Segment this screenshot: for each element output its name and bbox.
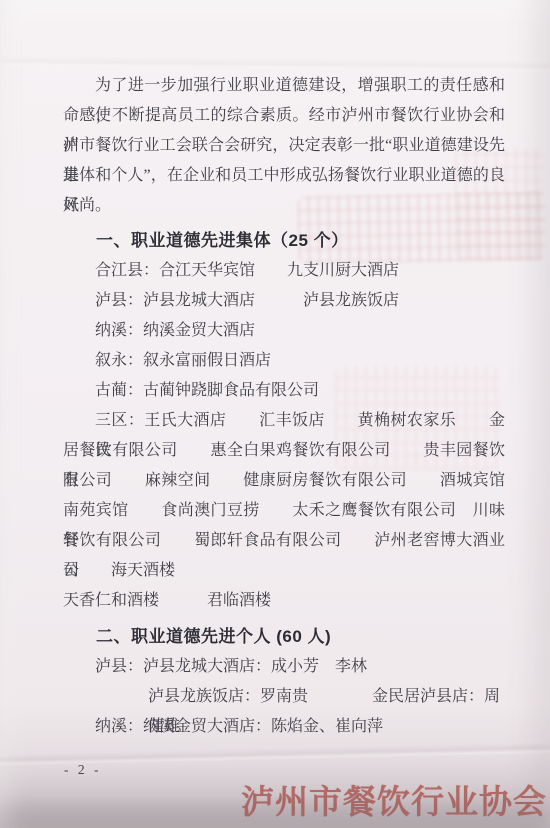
opening-paragraph: 为了进一步加强行业职业道德建设，增强职工的责任感和使命感，不断提高员工的综合素质…	[63, 71, 505, 221]
section1-heading: 一、职业道德先进集体（25 个）	[63, 226, 505, 256]
association-watermark: 泸州市餐饮行业协会	[241, 776, 547, 823]
text-line: 集体和个人”，在企业和员工中形成弘扬餐饮行业职业道德的良好	[63, 161, 505, 191]
text-line: 限公司 麻辣空间 健康厨房餐饮有限公司 酒城宾馆	[63, 466, 505, 496]
scanned-document-page: 为了进一步加强行业职业道德建设，增强职工的责任感和使命感，不断提高员工的综合素质…	[0, 0, 550, 828]
text-line: 天香仁和酒楼 君临酒楼	[63, 586, 505, 616]
text-line: 为了进一步加强行业职业道德建设，增强职工的责任感和使	[63, 71, 505, 101]
text-line: 合江县：合江天华宾馆 九支川厨大酒店	[63, 256, 505, 286]
text-line: 泸县龙族饭店：罗南贵 金民居泸县店：周健雄	[63, 682, 505, 712]
section1-collectives-list: 合江县：合江天华宾馆 九支川厨大酒店泸县：泸县龙城大酒店 泸县龙族饭店纳溪：纳溪…	[63, 256, 505, 616]
text-line: 泸县：泸县龙城大酒店：成小芳 李林	[63, 652, 505, 682]
text-line: 纳溪：纳溪金贸大酒店	[63, 316, 505, 346]
text-line: 餐饮有限公司 蜀郎轩食品有限公司 泸州老窖博大酒业公	[63, 526, 505, 556]
text-line: 纳溪：纳溪金贸大酒店：陈焰金、崔向萍	[63, 712, 505, 742]
text-line: 州市餐饮行业工会联合会研究，决定表彰一批“职业道德建设先进	[63, 131, 505, 161]
document-content: 为了进一步加强行业职业道德建设，增强职工的责任感和使命感，不断提高员工的综合素质…	[63, 71, 505, 742]
text-line: 风尚。	[63, 191, 505, 221]
text-line: 南苑宾馆 食尚澳门豆捞 太禾之鹰餐饮有限公司 川味轩	[63, 496, 505, 526]
text-line: 叙永：叙永富丽假日酒店	[63, 346, 505, 376]
text-line: 命感，不断提高员工的综合素质。经市泸州市餐饮行业协会和泸	[63, 101, 505, 131]
text-line: 司 海天酒楼	[63, 556, 505, 586]
section2-individuals-list: 泸县：泸县龙城大酒店：成小芳 李林泸县龙族饭店：罗南贵 金民居泸县店：周健雄纳溪…	[63, 652, 505, 742]
text-line: 古蔺：古蔺钟跷脚食品有限公司	[63, 376, 505, 406]
section2-heading: 二、职业道德先进个人 (60 人)	[63, 622, 505, 652]
text-line: 三区：王氏大酒店 汇丰饭店 黄桷树农家乐 金民	[63, 406, 505, 436]
text-line: 泸县：泸县龙城大酒店 泸县龙族饭店	[63, 286, 505, 316]
text-line: 居餐饮有限公司 惠全白果鸡餐饮有限公司 贵丰园餐饮有	[63, 436, 505, 466]
page-number: - 2 -	[64, 762, 102, 778]
